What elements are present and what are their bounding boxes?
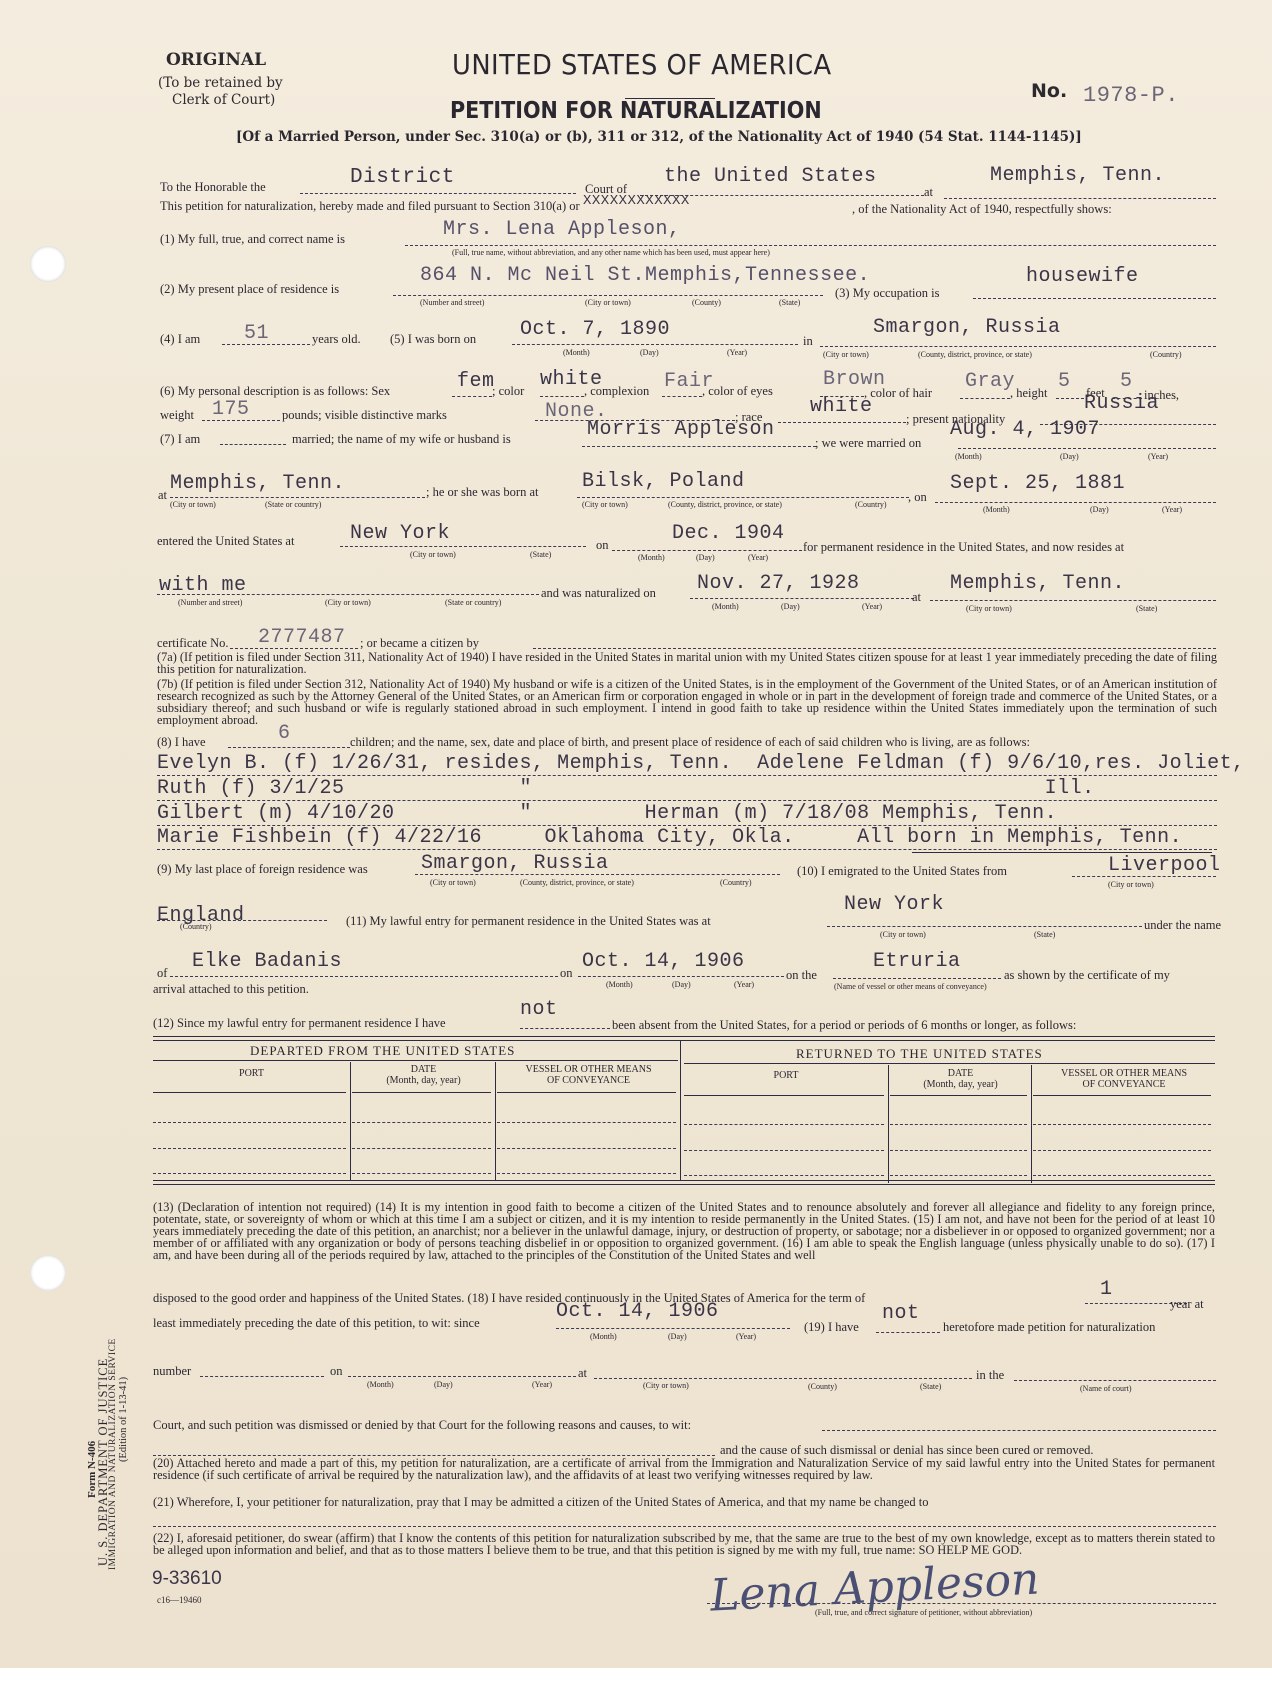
table-rule (890, 1150, 1027, 1151)
paragraph-22: (22) I, aforesaid petitioner, do swear (… (153, 1532, 1215, 1556)
dismissed-text: Court, and such petition was dismissed o… (153, 1418, 691, 1433)
court-type: District (350, 166, 455, 189)
petition-number-label: No. (1031, 80, 1067, 102)
court-of: the United States (664, 165, 877, 188)
table-rule (497, 1173, 676, 1174)
hint-birth-county: (County, district, province, or state) (918, 350, 1032, 359)
hint-entry-place-city: (City or town) (880, 930, 926, 939)
entry-on-label-2: on (560, 966, 573, 981)
married-on-label: ; we were married on (815, 436, 921, 451)
hint-spouse-city: (City or town) (582, 500, 628, 509)
hint-lfr-country: (Country) (720, 878, 752, 887)
hint-county: (County) (692, 298, 721, 307)
table-rule (890, 1124, 1027, 1125)
punch-hole-top (30, 246, 66, 282)
table-rule (684, 1063, 1215, 1064)
column-header: VESSEL OR OTHER MEANS OF CONVEYANCE (497, 1064, 680, 1086)
table-rule (890, 1095, 1027, 1096)
full-name: Mrs. Lena Appleson, (443, 218, 681, 241)
weight: 175 (212, 398, 250, 421)
paragraph-7a: (7a) (If petition is filed under Section… (157, 651, 1217, 675)
table-rule (497, 1148, 676, 1149)
table-rule (153, 1180, 1215, 1181)
emigrated-from: Liverpool (1108, 854, 1221, 877)
q8-label: (8) I have (157, 735, 206, 750)
print-code: c16—19460 (157, 1595, 202, 1605)
hint-city: (City or town) (585, 298, 631, 307)
table-rule (352, 1122, 491, 1123)
table-rule (1031, 1065, 1032, 1183)
q19-label: (19) I have (804, 1320, 859, 1335)
birth-date: Oct. 7, 1890 (520, 318, 670, 341)
table-rule (888, 1065, 889, 1183)
naturalized-at-label: at (912, 590, 921, 605)
table-rule (352, 1148, 491, 1149)
q7-label: (7) I am (160, 432, 200, 447)
entry-on-label: on (596, 538, 609, 553)
hint-sn-year: (Year) (862, 602, 882, 611)
table-rule (684, 1095, 884, 1096)
hint-entry-state: (State) (530, 550, 551, 559)
hint-n-month: (Month) (367, 1380, 394, 1389)
to-honorable-label: To the Honorable the (160, 180, 266, 195)
hint-month: (Month) (563, 348, 590, 357)
on-the-label: on the (786, 968, 817, 983)
q10-label: (10) I emigrated to the United States fr… (797, 864, 1007, 879)
married-label: married; the name of my wife or husband … (292, 432, 511, 447)
table-rule (352, 1092, 491, 1093)
prior-petition: not (882, 1302, 920, 1325)
table-rule (1033, 1095, 1211, 1096)
hint-since-month: (Month) (590, 1332, 617, 1341)
hint-sb-year: (Year) (1162, 505, 1182, 514)
hint-sr-street: (Number and street) (178, 598, 242, 607)
paragraphs-13-17: (13) (Declaration of intention not requi… (153, 1201, 1215, 1261)
table-rule (153, 1040, 1215, 1041)
hint-se-day: (Day) (696, 553, 715, 562)
number-at-label: at (578, 1366, 587, 1381)
table-rule (495, 1062, 496, 1180)
eyes-label: , color of eyes (702, 384, 773, 399)
scan-margin (0, 1668, 1272, 1682)
hint-married-state: (State or country) (265, 500, 321, 509)
last-foreign-residence: Smargon, Russia (421, 852, 609, 875)
table-rule (497, 1122, 676, 1123)
number-label: number (153, 1364, 191, 1379)
occupation: housewife (1026, 265, 1139, 288)
entry-date: Oct. 14, 1906 (582, 950, 745, 973)
weight-label: weight (160, 408, 194, 423)
q5-label: (5) I was born on (390, 332, 476, 347)
original-label: ORIGINAL (166, 50, 266, 70)
hint-n-year: (Year) (532, 1380, 552, 1389)
height-label: , height (1010, 386, 1048, 401)
children-text: children; and the name, sex, date and pl… (350, 735, 1030, 750)
spouse-naturalized-place: Memphis, Tenn. (950, 572, 1125, 595)
hint-entry-city: (City or town) (410, 550, 456, 559)
of-label: of (157, 966, 167, 981)
column-header: VESSEL OR OTHER MEANS OF CONVEYANCE (1033, 1068, 1215, 1090)
complexion-label: , complexion (584, 384, 649, 399)
paragraph-20: (20) Attached hereto and made a part of … (153, 1457, 1215, 1481)
residence-term: 1 (1100, 1278, 1113, 1301)
marriage-place: Memphis, Tenn. (170, 472, 345, 495)
hint-marriage-month: (Month) (955, 452, 982, 461)
pursuant-end: , of the Nationality Act of 1940, respec… (852, 202, 1112, 217)
certificate-label: certificate No. (157, 636, 228, 651)
q12-label: (12) Since my lawful entry for permanent… (153, 1016, 446, 1031)
petition-number: 1978-P. (1083, 83, 1179, 108)
entry-place: New York (844, 893, 944, 916)
hint-sr-city: (City or town) (325, 598, 371, 607)
departed-header: DEPARTED FROM THE UNITED STATES (250, 1043, 515, 1059)
hint-state: (State) (779, 298, 800, 307)
returned-header: RETURNED TO THE UNITED STATES (796, 1046, 1043, 1062)
pounds-label: pounds; visible distinctive marks (282, 408, 447, 423)
entered-label: entered the United States at (157, 534, 294, 549)
hint-married-city: (City or town) (170, 500, 216, 509)
table-rule (1033, 1150, 1211, 1151)
hint-since-day: (Day) (668, 1332, 687, 1341)
citizen-by-label: ; or became a citizen by (360, 636, 479, 651)
hint-emigrated-city: (City or town) (1108, 880, 1154, 889)
q1-label: (1) My full, true, and correct name is (160, 232, 345, 247)
retained-note-2: Clerk of Court) (172, 92, 275, 108)
hint-n-day: (Day) (434, 1380, 453, 1389)
table-rule (153, 1148, 346, 1149)
table-rule (684, 1175, 884, 1176)
hair-color: Gray (965, 370, 1015, 393)
under-name-label: under the name (1144, 918, 1221, 933)
child-entry: Gilbert (m) 4/10/20 " Herman (m) 7/18/08… (157, 802, 1057, 825)
naturalized-label: and was naturalized on (541, 586, 656, 601)
spouse-born-label: ; he or she was born at (426, 485, 538, 500)
hint-street: (Number and street) (420, 298, 484, 307)
race: white (810, 395, 873, 418)
edition-note: (Edition of 1-13-41) (118, 1377, 129, 1462)
column-header: DATE (Month, day, year) (890, 1068, 1031, 1090)
hint-ed-year: (Year) (734, 980, 754, 989)
entry-name: Elke Badanis (192, 950, 342, 973)
q12-end: been absent from the United States, for … (612, 1018, 1076, 1033)
hint-birth-country: (Country) (1150, 350, 1182, 359)
hint-sn-month: (Month) (712, 602, 739, 611)
table-rule (350, 1062, 351, 1180)
service-name: IMMIGRATION AND NATURALIZATION SERVICE (108, 1338, 118, 1570)
absence-status: not (520, 998, 558, 1021)
name-hint: (Full, true name, without abbreviation, … (452, 248, 770, 257)
punch-hole-bottom (30, 1255, 66, 1291)
years-old-label: years old. (312, 332, 361, 347)
hint-n-city: (City or town) (643, 1381, 689, 1390)
hint-marriage-day: (Day) (1060, 452, 1079, 461)
residence: 864 N. Mc Neil St.Memphis,Tennessee. (420, 264, 870, 287)
least-text: least immediately preceding the date of … (153, 1316, 480, 1331)
table-rule (153, 1060, 678, 1061)
q4-label: (4) I am (160, 332, 200, 347)
hint-n-county: (County) (808, 1382, 837, 1391)
q3-label: (3) My occupation is (835, 286, 940, 301)
hint-n-state: (State) (920, 1382, 941, 1391)
hint-spouse-country: (Country) (855, 500, 887, 509)
petition-document: ORIGINAL (To be retained by Clerk of Cou… (0, 0, 1272, 1668)
paragraph-21: (21) Wherefore, I, your petitioner for n… (153, 1495, 929, 1510)
stamp-number: 9-33610 (152, 1568, 222, 1590)
table-rule (153, 1184, 1215, 1185)
disposed-text: disposed to the good order and happiness… (153, 1291, 865, 1306)
court-location: Memphis, Tenn. (990, 164, 1165, 187)
certificate-number: 2777487 (258, 626, 346, 649)
table-rule (153, 1036, 1215, 1037)
spouse-residence: with me (159, 574, 247, 597)
table-rule (1033, 1124, 1211, 1125)
table-rule (153, 1173, 346, 1174)
birth-place: Smargon, Russia (873, 316, 1061, 339)
hint-year: (Year) (727, 348, 747, 357)
resided-since-date: Oct. 14, 1906 (556, 1300, 719, 1323)
number-on-label: on (330, 1364, 343, 1379)
court-at-label: at (924, 185, 933, 200)
retained-note-1: (To be retained by (158, 75, 283, 91)
hint-lfr-city: (City or town) (430, 878, 476, 887)
in-label: in (803, 334, 813, 349)
spouse-entry-date: Dec. 1904 (672, 522, 785, 545)
document-title: UNITED STATES OF AMERICA (452, 48, 832, 81)
hint-sr-state: (State or country) (445, 598, 501, 607)
table-rule (684, 1124, 884, 1125)
struck-sections: XXXXXXXXXXXX (583, 193, 690, 209)
column-header: DATE (Month, day, year) (352, 1064, 495, 1086)
hint-sn-state: (State) (1136, 604, 1157, 613)
pursuant-text: This petition for naturalization, hereby… (160, 199, 580, 214)
table-rule (497, 1092, 676, 1093)
table-rule (890, 1175, 1027, 1176)
table-rule (153, 1122, 346, 1123)
spouse-entry-place: New York (350, 522, 450, 545)
hint-ed-day: (Day) (672, 980, 691, 989)
statute-reference: [Of a Married Person, under Sec. 310(a) … (236, 129, 1082, 145)
q9-label: (9) My last place of foreign residence w… (157, 862, 368, 877)
hint-sn-day: (Day) (781, 602, 800, 611)
hint-lfr-county: (County, district, province, or state) (520, 878, 634, 887)
age: 51 (244, 322, 269, 345)
q11-label: (11) My lawful entry for permanent resid… (346, 914, 711, 929)
height-inches: 5 (1120, 370, 1133, 393)
spouse-name: Morris Appleson (587, 418, 775, 441)
arrival-attached: arrival attached to this petition. (153, 982, 309, 997)
vessel-name: Etruria (873, 950, 961, 973)
hint-sb-day: (Day) (1090, 505, 1109, 514)
spouse-birthplace: Bilsk, Poland (582, 470, 745, 493)
marriage-date: Aug. 4, 1907 (950, 418, 1100, 441)
hair-label: , color of hair (864, 386, 932, 401)
hint-marriage-year: (Year) (1148, 452, 1168, 461)
hint-since-year: (Year) (736, 1332, 756, 1341)
color-label: ; color (492, 384, 524, 399)
spouse-born-on-label: , on (908, 490, 927, 505)
hint-sn-city: (City or town) (966, 604, 1012, 613)
hint-se-month: (Month) (638, 553, 665, 562)
table-rule (684, 1150, 884, 1151)
children-count: 6 (278, 722, 291, 745)
spouse-birth-date: Sept. 25, 1881 (950, 472, 1125, 495)
nationality: Russia (1084, 392, 1159, 415)
child-entry: Evelyn B. (f) 1/26/31, resides, Memphis,… (157, 752, 1245, 775)
married-at-label: at (158, 488, 167, 503)
spouse-naturalized-date: Nov. 27, 1928 (697, 572, 860, 595)
year-at-label: year at (1170, 1297, 1204, 1312)
table-rule (153, 1092, 346, 1093)
hint-day: (Day) (640, 348, 659, 357)
q19-end: heretofore made petition for naturalizat… (943, 1320, 1155, 1335)
child-entry: Marie Fishbein (f) 4/22/16 Oklahoma City… (157, 826, 1182, 849)
document-subtitle: PETITION FOR NATURALIZATION (450, 98, 822, 124)
q6-label: (6) My personal description is as follow… (160, 384, 390, 399)
height-feet: 5 (1058, 370, 1071, 393)
column-header: PORT (684, 1070, 888, 1081)
hint-sb-month: (Month) (983, 505, 1010, 514)
hint-entry-place-state: (State) (1034, 930, 1055, 939)
hint-spouse-county: (County, district, province, or state) (668, 500, 782, 509)
permanent-residence-text: for permanent residence in the United St… (803, 540, 1124, 555)
in-the-label: in the (976, 1368, 1004, 1383)
hint-birth-city: (City or town) (823, 350, 869, 359)
signature-hint: (Full, true, and correct signature of pe… (815, 1608, 1032, 1617)
hint-se-year: (Year) (748, 553, 768, 562)
q2-label: (2) My present place of residence is (160, 282, 339, 297)
paragraph-7b: (7b) (If petition is filed under Section… (157, 678, 1217, 726)
hint-vessel: (Name of vessel or other means of convey… (834, 982, 987, 991)
table-rule (1033, 1175, 1211, 1176)
hint-ed-month: (Month) (606, 980, 633, 989)
column-header: PORT (153, 1068, 350, 1079)
child-entry: Ruth (f) 3/1/25 " Ill. (157, 777, 1095, 800)
shown-by-certificate: as shown by the certificate of my (1004, 968, 1170, 983)
hint-n-court: (Name of court) (1080, 1384, 1132, 1393)
table-rule (352, 1173, 491, 1174)
sex: fem (457, 370, 495, 393)
table-rule (680, 1040, 681, 1180)
hint-emigrated-country: (Country) (180, 922, 212, 931)
